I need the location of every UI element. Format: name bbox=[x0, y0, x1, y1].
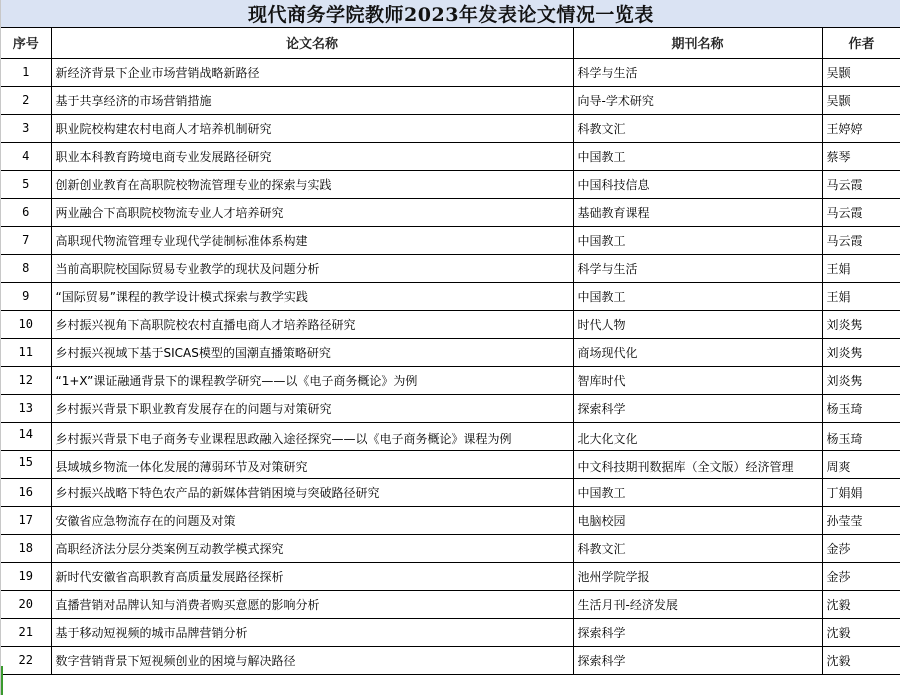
author-cell[interactable]: 沈毅 bbox=[822, 618, 900, 646]
author-cell[interactable]: 金莎 bbox=[822, 562, 900, 590]
journal-name-cell[interactable]: 向导-学术研究 bbox=[573, 86, 822, 114]
paper-title-cell[interactable]: 数字营销背景下短视频创业的困境与解决路径 bbox=[51, 646, 573, 674]
paper-title-cell[interactable]: 乡村振兴背景下电子商务专业课程思政融入途径探究——以《电子商务概论》课程为例 bbox=[51, 422, 573, 450]
journal-name-cell[interactable]: 中国教工 bbox=[573, 142, 822, 170]
journal-name-cell[interactable]: 中国教工 bbox=[573, 226, 822, 254]
title-cell[interactable]: 现代商务学院教师2023年发表论文情况一览表 bbox=[1, 0, 900, 28]
papers-table: 序号 论文名称 期刊名称 作者 1新经济背景下企业市场营销战略新路径科学与生活吴… bbox=[1, 28, 900, 675]
row-number-cell[interactable]: 22 bbox=[1, 646, 51, 674]
table-row: 18高职经济法分层分类案例互动教学模式探究科教文汇金莎 bbox=[1, 534, 900, 562]
table-row: 15县域城乡物流一体化发展的薄弱环节及对策研究中文科技期刊数据库（全文版）经济管… bbox=[1, 450, 900, 478]
author-cell[interactable]: 马云霞 bbox=[822, 226, 900, 254]
paper-title-cell[interactable]: 乡村振兴视角下高职院校农村直播电商人才培养路径研究 bbox=[51, 310, 573, 338]
paper-title-cell[interactable]: 新经济背景下企业市场营销战略新路径 bbox=[51, 58, 573, 86]
journal-name-cell[interactable]: 智库时代 bbox=[573, 366, 822, 394]
journal-name-cell[interactable]: 中国科技信息 bbox=[573, 170, 822, 198]
spreadsheet: 现代商务学院教师2023年发表论文情况一览表 序号 论文名称 期刊名称 作者 1… bbox=[0, 0, 900, 695]
journal-name-cell[interactable]: 基础教育课程 bbox=[573, 198, 822, 226]
journal-name-cell[interactable]: 池州学院学报 bbox=[573, 562, 822, 590]
journal-name-cell[interactable]: 电脑校园 bbox=[573, 506, 822, 534]
journal-name-cell[interactable]: 探索科学 bbox=[573, 394, 822, 422]
paper-title-cell[interactable]: 基于移动短视频的城市品牌营销分析 bbox=[51, 618, 573, 646]
row-number-cell[interactable]: 6 bbox=[1, 198, 51, 226]
author-cell[interactable]: 王娟 bbox=[822, 282, 900, 310]
table-row: 10乡村振兴视角下高职院校农村直播电商人才培养路径研究时代人物刘炎隽 bbox=[1, 310, 900, 338]
header-title[interactable]: 论文名称 bbox=[51, 28, 573, 58]
journal-name-cell[interactable]: 北大化文化 bbox=[573, 422, 822, 450]
paper-title-cell[interactable]: 职业本科教育跨境电商专业发展路径研究 bbox=[51, 142, 573, 170]
paper-title-cell[interactable]: 基于共享经济的市场营销措施 bbox=[51, 86, 573, 114]
author-cell[interactable]: 刘炎隽 bbox=[822, 366, 900, 394]
row-number-cell[interactable]: 2 bbox=[1, 86, 51, 114]
journal-name-cell[interactable]: 科学与生活 bbox=[573, 254, 822, 282]
table-row: 3职业院校构建农村电商人才培养机制研究科教文汇王婷婷 bbox=[1, 114, 900, 142]
row-number-cell[interactable]: 14 bbox=[1, 422, 51, 450]
journal-name-cell[interactable]: 科学与生活 bbox=[573, 58, 822, 86]
table-row: 16乡村振兴战略下特色农产品的新媒体营销困境与突破路径研究中国教工丁娟娟 bbox=[1, 478, 900, 506]
paper-title-cell[interactable]: 乡村振兴背景下职业教育发展存在的问题与对策研究 bbox=[51, 394, 573, 422]
table-row: 5创新创业教育在高职院校物流管理专业的探索与实践中国科技信息马云霞 bbox=[1, 170, 900, 198]
row-number-cell[interactable]: 8 bbox=[1, 254, 51, 282]
table-row: 11乡村振兴视域下基于SICAS模型的国潮直播策略研究商场现代化刘炎隽 bbox=[1, 338, 900, 366]
paper-title-cell[interactable]: “1+X”课证融通背景下的课程教学研究——以《电子商务概论》为例 bbox=[51, 366, 573, 394]
paper-title-cell[interactable]: 当前高职院校国际贸易专业教学的现状及问题分析 bbox=[51, 254, 573, 282]
journal-name-cell[interactable]: 生活月刊-经济发展 bbox=[573, 590, 822, 618]
table-row: 8当前高职院校国际贸易专业教学的现状及问题分析科学与生活王娟 bbox=[1, 254, 900, 282]
paper-title-cell[interactable]: 新时代安徽省高职教育高质量发展路径探析 bbox=[51, 562, 573, 590]
row-number-cell[interactable]: 13 bbox=[1, 394, 51, 422]
paper-title-cell[interactable]: 乡村振兴战略下特色农产品的新媒体营销困境与突破路径研究 bbox=[51, 478, 573, 506]
header-row: 序号 论文名称 期刊名称 作者 bbox=[1, 28, 900, 58]
row-number-cell[interactable]: 19 bbox=[1, 562, 51, 590]
author-cell[interactable]: 王娟 bbox=[822, 254, 900, 282]
journal-name-cell[interactable]: 中国教工 bbox=[573, 478, 822, 506]
table-row: 19新时代安徽省高职教育高质量发展路径探析池州学院学报金莎 bbox=[1, 562, 900, 590]
table-row: 7高职现代物流管理专业现代学徒制标准体系构建中国教工马云霞 bbox=[1, 226, 900, 254]
paper-title-cell[interactable]: 两业融合下高职院校物流专业人才培养研究 bbox=[51, 198, 573, 226]
table-row: 13乡村振兴背景下职业教育发展存在的问题与对策研究探索科学杨玉琦 bbox=[1, 394, 900, 422]
author-cell[interactable]: 马云霞 bbox=[822, 170, 900, 198]
author-cell[interactable]: 王婷婷 bbox=[822, 114, 900, 142]
row-number-cell[interactable]: 20 bbox=[1, 590, 51, 618]
author-cell[interactable]: 吴颢 bbox=[822, 86, 900, 114]
row-number-cell[interactable]: 9 bbox=[1, 282, 51, 310]
author-cell[interactable]: 杨玉琦 bbox=[822, 394, 900, 422]
table-row: 4职业本科教育跨境电商专业发展路径研究中国教工蔡琴 bbox=[1, 142, 900, 170]
row-number-cell[interactable]: 4 bbox=[1, 142, 51, 170]
table-row: 9“国际贸易”课程的教学设计模式探索与教学实践中国教工王娟 bbox=[1, 282, 900, 310]
author-cell[interactable]: 马云霞 bbox=[822, 198, 900, 226]
journal-name-cell[interactable]: 科教文汇 bbox=[573, 114, 822, 142]
table-row: 20直播营销对品牌认知与消费者购买意愿的影响分析生活月刊-经济发展沈毅 bbox=[1, 590, 900, 618]
table-row: 12“1+X”课证融通背景下的课程教学研究——以《电子商务概论》为例智库时代刘炎… bbox=[1, 366, 900, 394]
table-row: 14乡村振兴背景下电子商务专业课程思政融入途径探究——以《电子商务概论》课程为例… bbox=[1, 422, 900, 450]
row-number-cell[interactable]: 5 bbox=[1, 170, 51, 198]
author-cell[interactable]: 刘炎隽 bbox=[822, 310, 900, 338]
author-cell[interactable]: 金莎 bbox=[822, 534, 900, 562]
table-row: 22数字营销背景下短视频创业的困境与解决路径探索科学沈毅 bbox=[1, 646, 900, 674]
paper-title-cell[interactable]: 乡村振兴视域下基于SICAS模型的国潮直播策略研究 bbox=[51, 338, 573, 366]
journal-name-cell[interactable]: 科教文汇 bbox=[573, 534, 822, 562]
paper-title-cell[interactable]: “国际贸易”课程的教学设计模式探索与教学实践 bbox=[51, 282, 573, 310]
table-row: 1新经济背景下企业市场营销战略新路径科学与生活吴颢 bbox=[1, 58, 900, 86]
header-author[interactable]: 作者 bbox=[822, 28, 900, 58]
author-cell[interactable]: 蔡琴 bbox=[822, 142, 900, 170]
journal-name-cell[interactable]: 探索科学 bbox=[573, 618, 822, 646]
paper-title-cell[interactable]: 安徽省应急物流存在的问题及对策 bbox=[51, 506, 573, 534]
table-row: 6两业融合下高职院校物流专业人才培养研究基础教育课程马云霞 bbox=[1, 198, 900, 226]
row-number-cell[interactable]: 3 bbox=[1, 114, 51, 142]
author-cell[interactable]: 周爽 bbox=[822, 450, 900, 478]
journal-name-cell[interactable]: 商场现代化 bbox=[573, 338, 822, 366]
journal-name-cell[interactable]: 探索科学 bbox=[573, 646, 822, 674]
author-cell[interactable]: 孙莹莹 bbox=[822, 506, 900, 534]
cell-selection-indicator bbox=[1, 666, 3, 695]
journal-name-cell[interactable]: 时代人物 bbox=[573, 310, 822, 338]
row-number-cell[interactable]: 1 bbox=[1, 58, 51, 86]
header-num[interactable]: 序号 bbox=[1, 28, 51, 58]
row-number-cell[interactable]: 7 bbox=[1, 226, 51, 254]
author-cell[interactable]: 沈毅 bbox=[822, 590, 900, 618]
paper-title-cell[interactable]: 创新创业教育在高职院校物流管理专业的探索与实践 bbox=[51, 170, 573, 198]
row-number-cell[interactable]: 16 bbox=[1, 478, 51, 506]
row-number-cell[interactable]: 10 bbox=[1, 310, 51, 338]
paper-title-cell[interactable]: 高职经济法分层分类案例互动教学模式探究 bbox=[51, 534, 573, 562]
paper-title-cell[interactable]: 高职现代物流管理专业现代学徒制标准体系构建 bbox=[51, 226, 573, 254]
row-number-cell[interactable]: 17 bbox=[1, 506, 51, 534]
row-number-cell[interactable]: 21 bbox=[1, 618, 51, 646]
journal-name-cell[interactable]: 中国教工 bbox=[573, 282, 822, 310]
journal-name-cell[interactable]: 中文科技期刊数据库（全文版）经济管理 bbox=[573, 450, 822, 478]
table-row: 2基于共享经济的市场营销措施向导-学术研究吴颢 bbox=[1, 86, 900, 114]
author-cell[interactable]: 吴颢 bbox=[822, 58, 900, 86]
author-cell[interactable]: 沈毅 bbox=[822, 646, 900, 674]
paper-title-cell[interactable]: 县域城乡物流一体化发展的薄弱环节及对策研究 bbox=[51, 450, 573, 478]
paper-title-cell[interactable]: 直播营销对品牌认知与消费者购买意愿的影响分析 bbox=[51, 590, 573, 618]
row-number-cell[interactable]: 11 bbox=[1, 338, 51, 366]
table-row: 17安徽省应急物流存在的问题及对策电脑校园孙莹莹 bbox=[1, 506, 900, 534]
author-cell[interactable]: 杨玉琦 bbox=[822, 422, 900, 450]
row-number-cell[interactable]: 12 bbox=[1, 366, 51, 394]
header-journal[interactable]: 期刊名称 bbox=[573, 28, 822, 58]
row-number-cell[interactable]: 15 bbox=[1, 450, 51, 478]
row-number-cell[interactable]: 18 bbox=[1, 534, 51, 562]
paper-title-cell[interactable]: 职业院校构建农村电商人才培养机制研究 bbox=[51, 114, 573, 142]
author-cell[interactable]: 刘炎隽 bbox=[822, 338, 900, 366]
sheet-title: 现代商务学院教师2023年发表论文情况一览表 bbox=[248, 0, 654, 27]
table-row: 21基于移动短视频的城市品牌营销分析探索科学沈毅 bbox=[1, 618, 900, 646]
author-cell[interactable]: 丁娟娟 bbox=[822, 478, 900, 506]
